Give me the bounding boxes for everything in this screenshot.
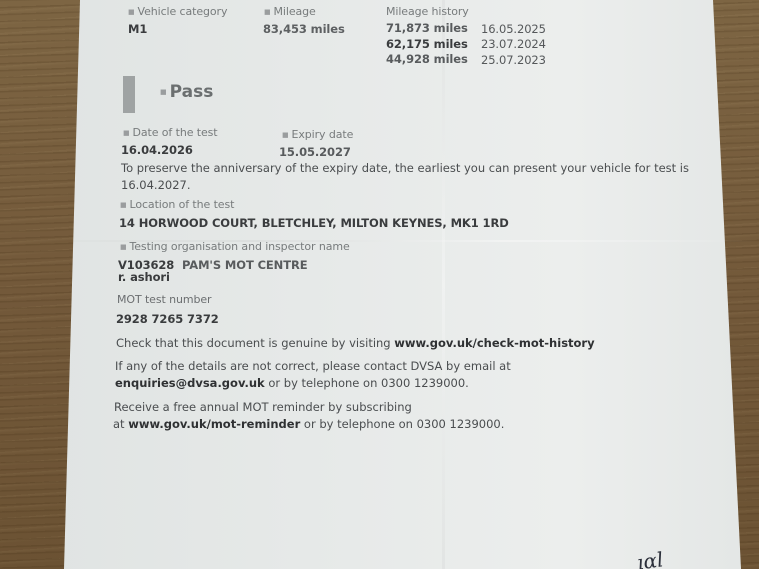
bullet-icon: ■ [123,129,130,137]
check-genuine-text: Check that this document is genuine by v… [116,336,394,350]
vehicle-category-label: ■Vehicle category [128,5,227,18]
preserve-note-line-1: To preserve the anniversary of the expir… [121,160,689,177]
paper-fold-vertical [442,0,445,569]
vehicle-category-value: M1 [128,22,147,36]
mileage-history-miles-3: 44,928 miles [386,52,468,66]
mileage-history-miles-1: 71,873 miles [386,21,468,35]
expiry-date-label-text: Expiry date [292,128,354,141]
handwritten-mark: ıɑl [635,547,664,569]
mileage-history-date-1: 16.05.2025 [481,22,546,36]
bullet-icon: ■ [120,243,127,251]
location-label: ■Location of the test [120,198,234,211]
contact-line-1: If any of the details are not correct, p… [115,358,511,375]
bullet-icon: ■ [128,8,135,16]
test-number-label: MOT test number [117,293,211,306]
mileage-label-text: Mileage [274,5,316,18]
bullet-icon: ■ [120,201,127,209]
bullet-icon: ■ [160,88,167,96]
expiry-date-value: 15.05.2027 [279,145,351,159]
testing-org-label-text: Testing organisation and inspector name [130,240,350,253]
mileage-history-date-3: 25.07.2023 [481,53,546,67]
mot-reminder-note: Receive a free annual MOT reminder by su… [113,399,504,433]
mot-reminder-link[interactable]: www.gov.uk/mot-reminder [128,417,300,431]
expiry-date-label: ■Expiry date [282,128,353,141]
contact-dvsa-note: If any of the details are not correct, p… [115,358,511,392]
mileage-value: 83,453 miles [263,22,345,36]
result-marker-bar [123,76,135,113]
check-genuine-note: Check that this document is genuine by v… [116,335,595,352]
location-value: 14 HORWOOD COURT, BLETCHLEY, MILTON KEYN… [119,216,509,230]
bullet-icon: ■ [282,131,289,139]
test-result: ■Pass [160,82,213,102]
paper-fold-horizontal [0,240,759,242]
testing-org-label: ■Testing organisation and inspector name [120,240,350,253]
vehicle-category-label-text: Vehicle category [138,5,228,18]
check-mot-history-link[interactable]: www.gov.uk/check-mot-history [394,336,594,350]
bullet-icon: ■ [264,8,271,16]
date-of-test-label: ■Date of the test [123,126,217,139]
mileage-history-label: Mileage history [386,5,469,18]
testing-org-name: PAM'S MOT CENTRE [182,258,307,272]
mileage-label: ■Mileage [264,5,316,18]
dvsa-email-link[interactable]: enquiries@dvsa.gov.uk [115,376,265,390]
preserve-note-line-2: 16.04.2027. [121,177,689,194]
mileage-history-miles-2: 62,175 miles [386,37,468,51]
preserve-anniversary-note: To preserve the anniversary of the expir… [121,160,689,194]
mot-certificate-page [0,0,759,569]
date-of-test-label-text: Date of the test [133,126,218,139]
test-number-value: 2928 7265 7372 [116,312,219,326]
inspector-name: r. ashori [118,270,170,284]
mileage-history-date-2: 23.07.2024 [481,37,546,51]
reminder-line-1: Receive a free annual MOT reminder by su… [113,399,504,416]
date-of-test-value: 16.04.2026 [121,143,193,157]
reminder-prefix: at [113,417,128,431]
reminder-line-2-rest: or by telephone on 0300 1239000. [300,417,504,431]
contact-line-2-rest: or by telephone on 0300 1239000. [265,376,469,390]
location-label-text: Location of the test [130,198,235,211]
test-result-text: Pass [170,82,214,102]
